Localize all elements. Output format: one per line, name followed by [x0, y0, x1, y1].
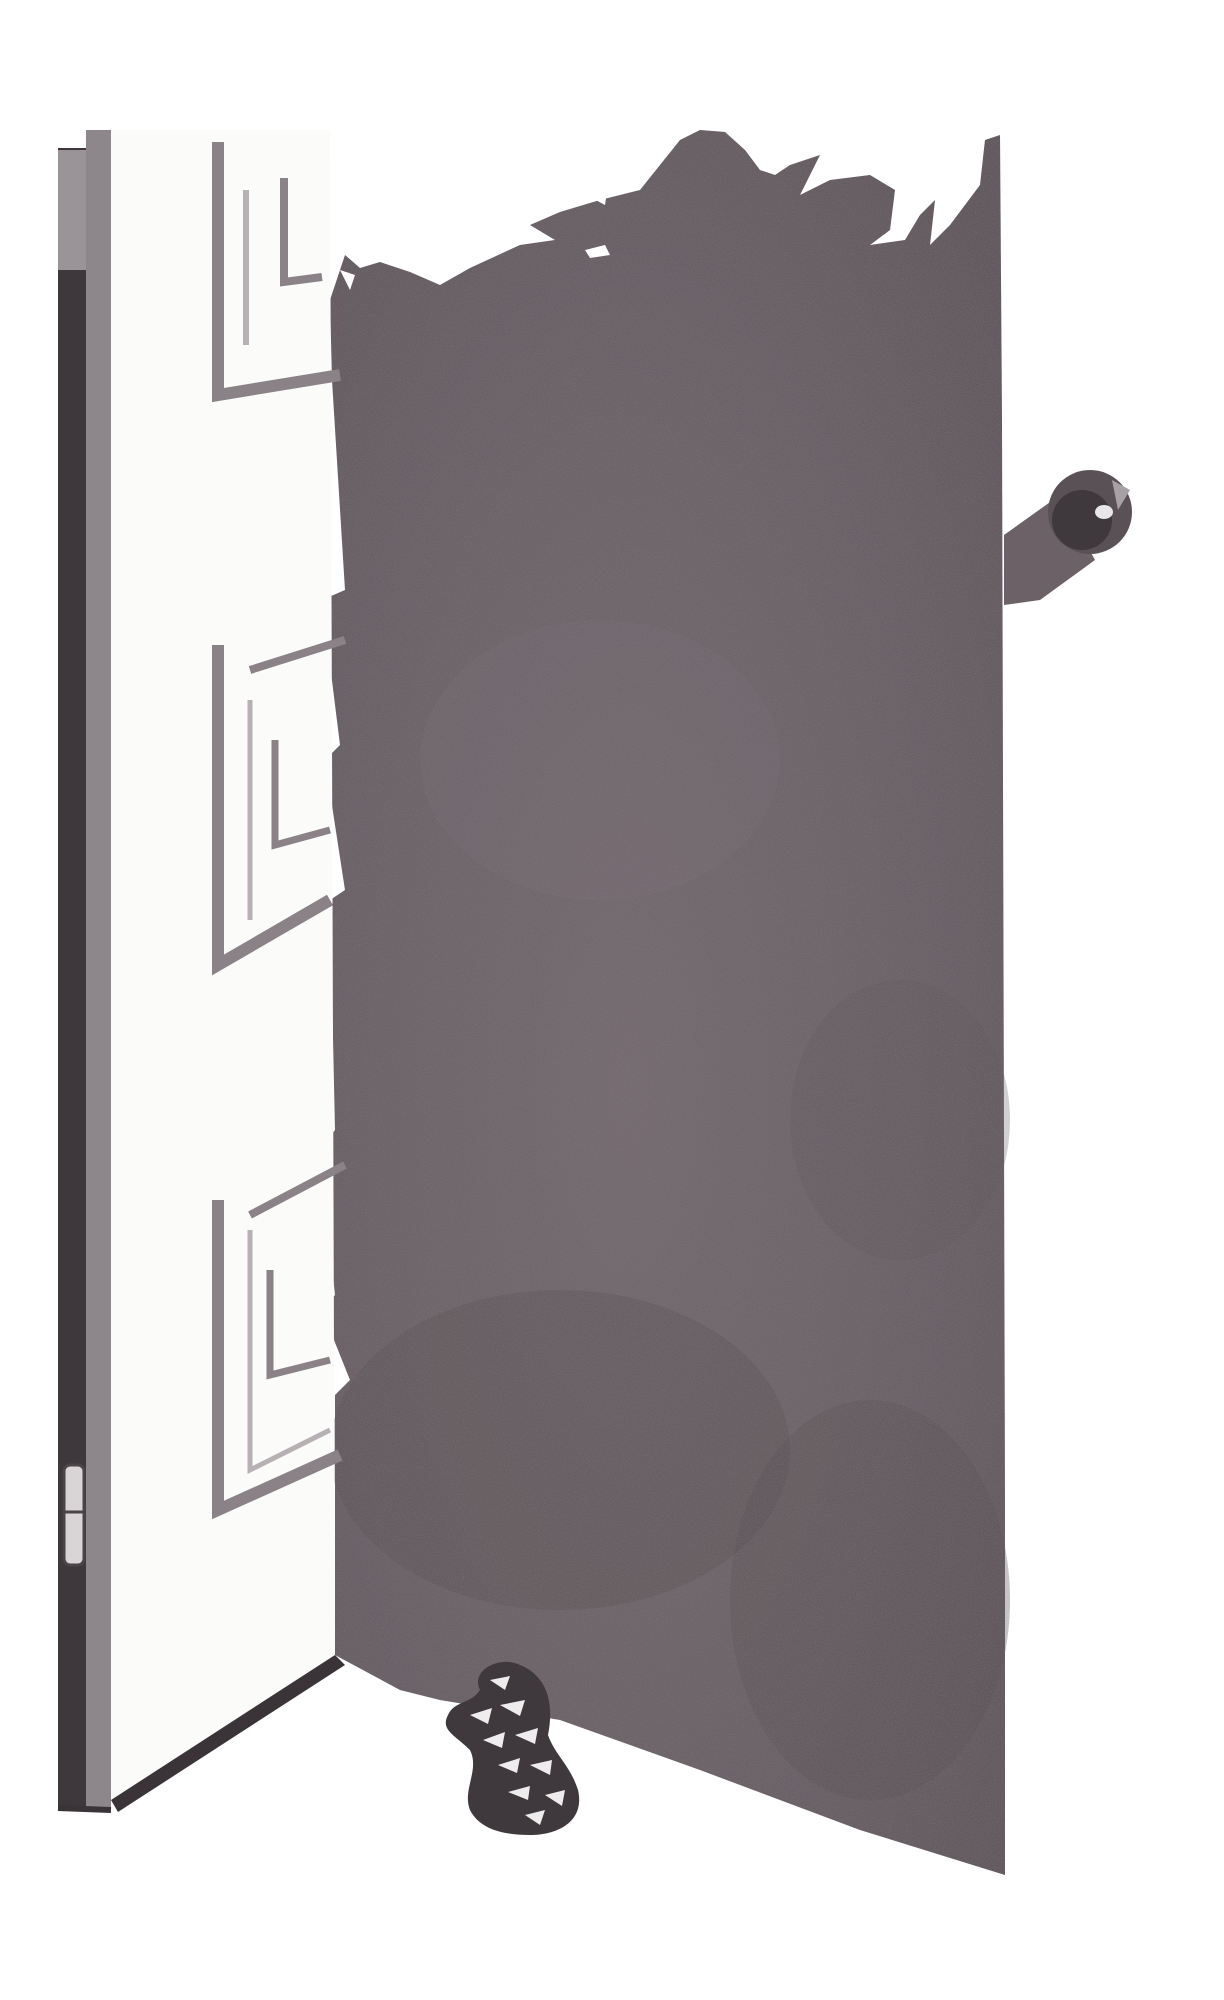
- door-knob: [1004, 470, 1132, 605]
- door-hinge: [64, 1465, 84, 1565]
- dark-doorway-shadow: [320, 130, 1010, 1875]
- watercolor-door-illustration: [0, 0, 1224, 2000]
